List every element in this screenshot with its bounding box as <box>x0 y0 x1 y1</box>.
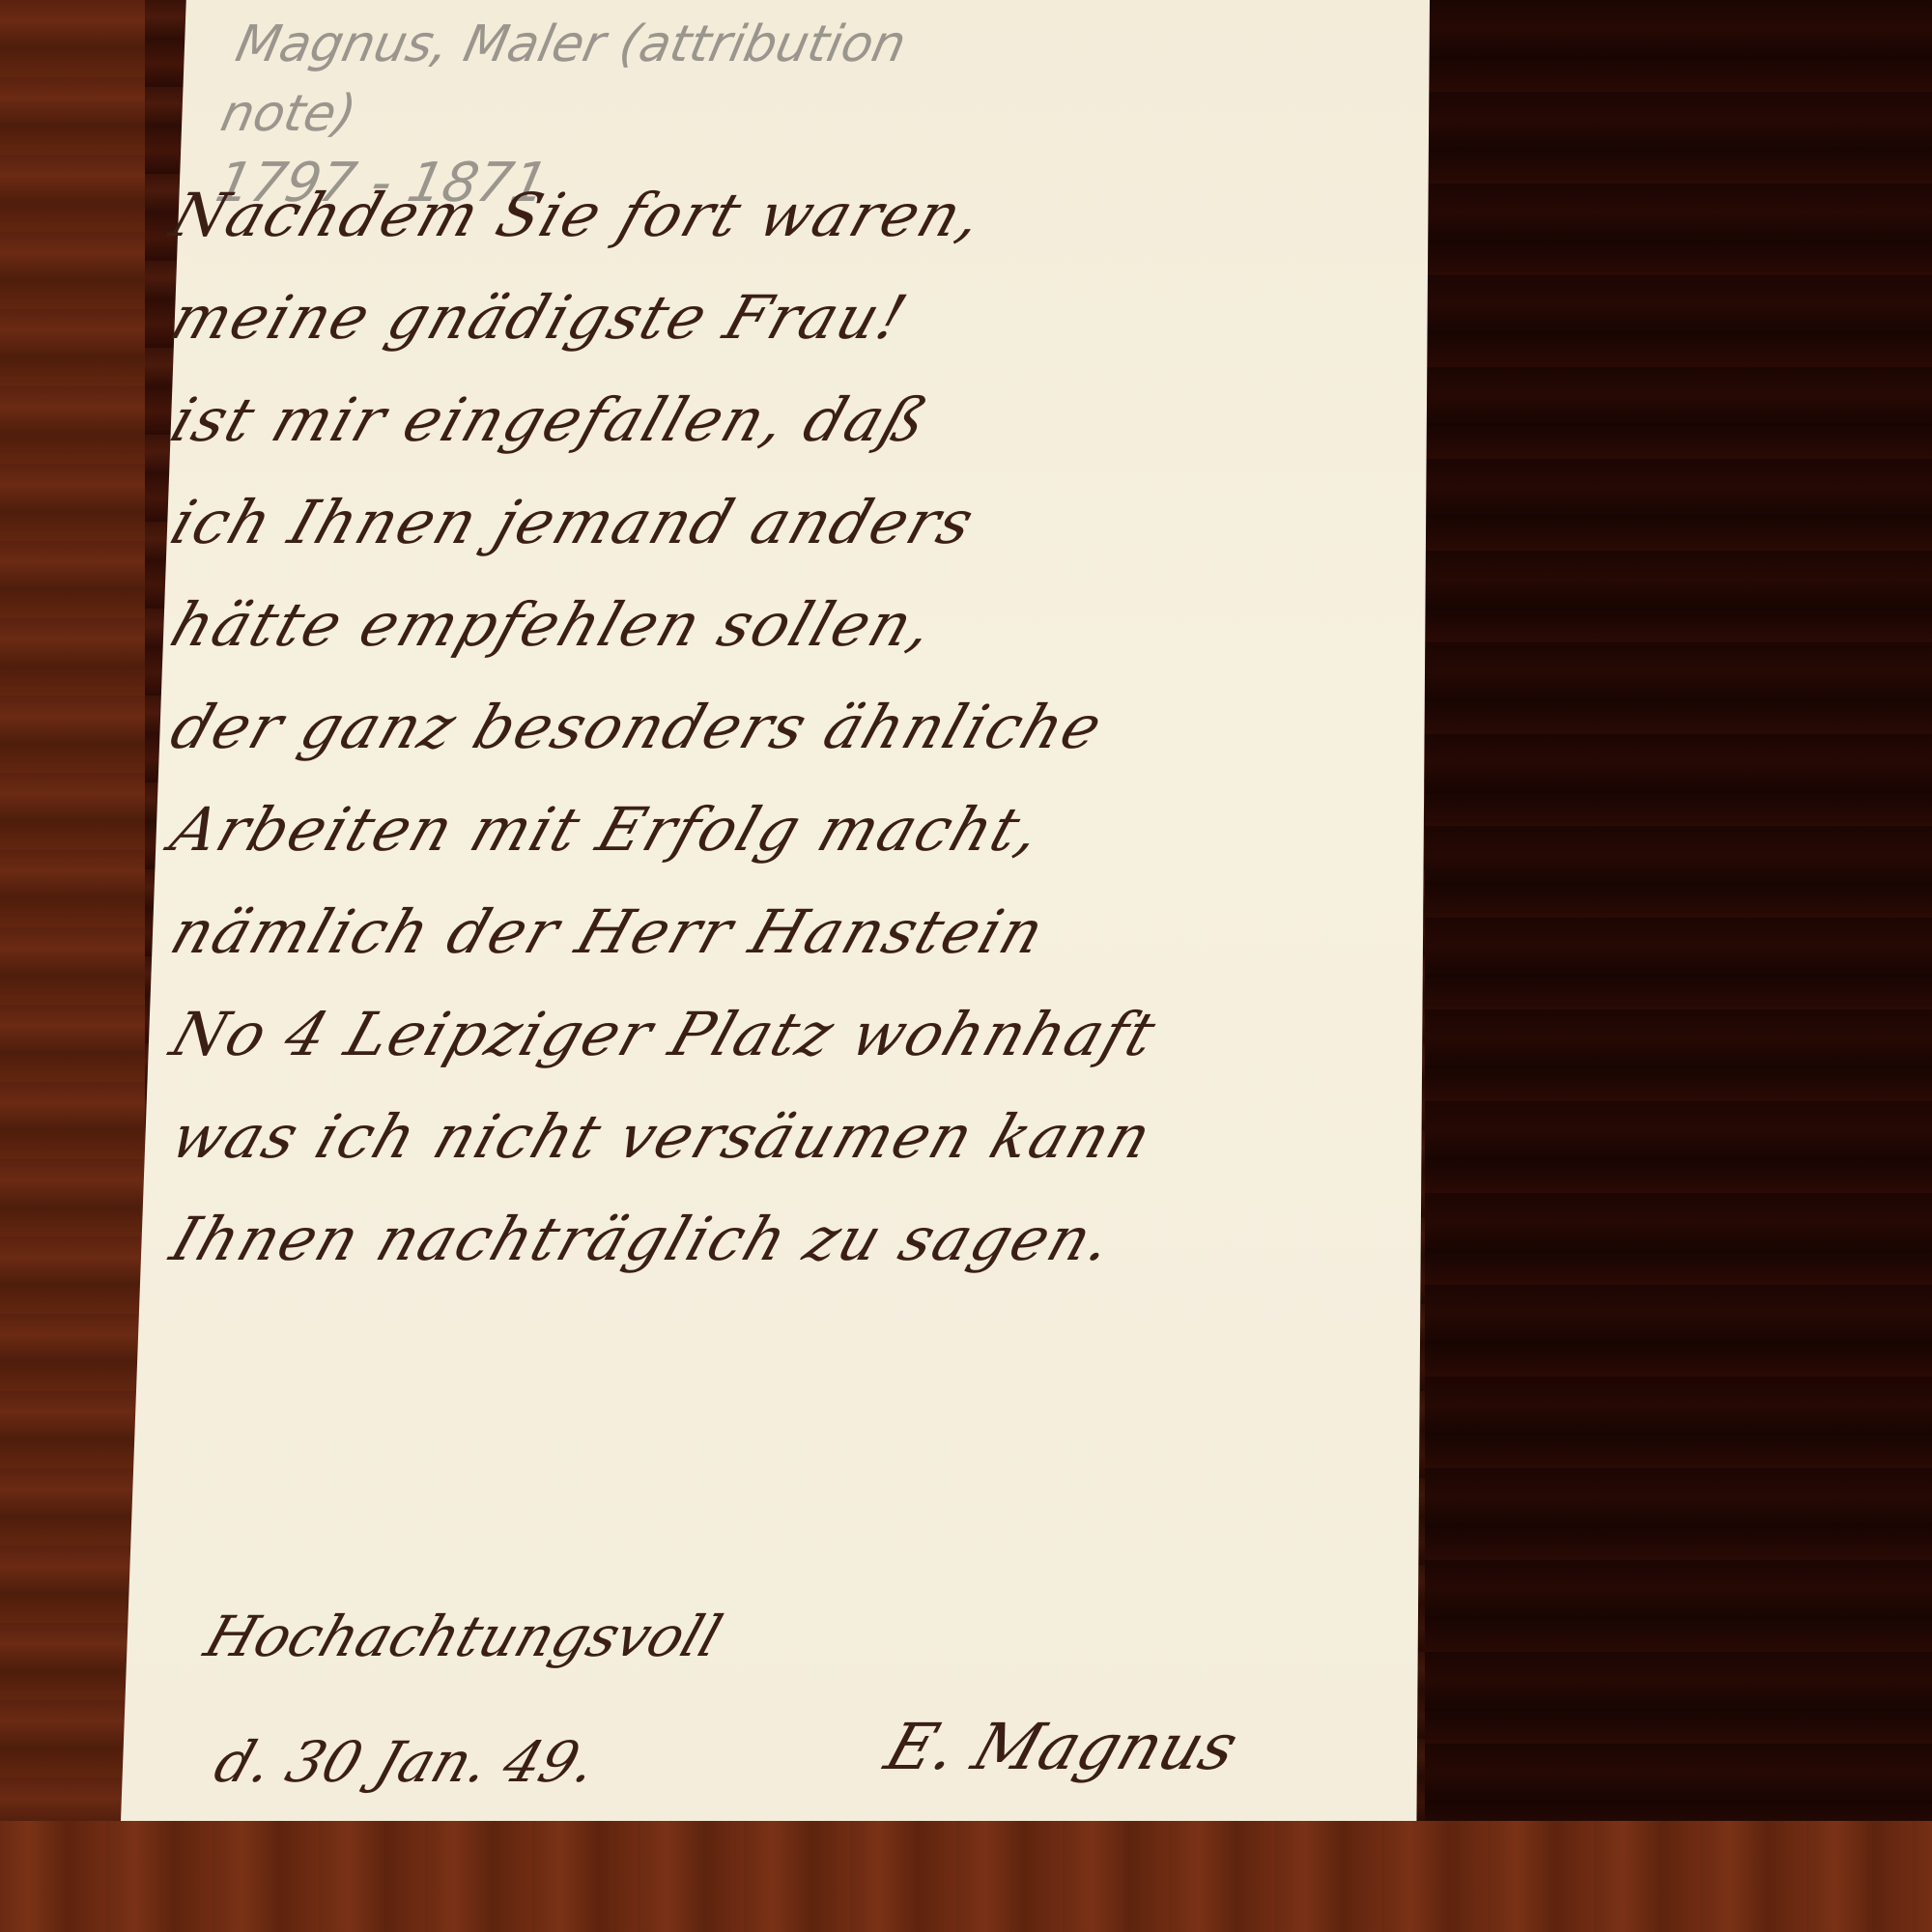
pencil-annotation-name: Magnus, Maler (attribution note) <box>216 15 911 143</box>
letter-line: ich Ihnen jemand anders <box>157 471 1417 574</box>
letter-line: Nachdem Sie fort waren, <box>157 164 1417 267</box>
wooden-table-right <box>1425 0 1932 1821</box>
letter-line: No 4 Leipziger Platz wohnhaft <box>157 983 1417 1086</box>
letter-closing: Hochachtungsvoll <box>197 1604 730 1669</box>
letter-line: was ich nicht versäumen kann <box>157 1086 1417 1188</box>
letter-signature: E. Magnus <box>876 1710 1246 1784</box>
letter-line: Ihnen nachträglich zu sagen. <box>157 1188 1417 1291</box>
letter-line: Arbeiten mit Erfolg macht, <box>157 779 1417 881</box>
wooden-table-left <box>0 0 145 1932</box>
letter-line: der ganz besonders ähnliche <box>157 676 1417 779</box>
letter-line: nämlich der Herr Hanstein <box>157 881 1417 983</box>
letter-body: Nachdem Sie fort waren, meine gnädigste … <box>174 164 1401 1291</box>
letter-date: d. 30 Jan. 49. <box>207 1729 606 1795</box>
letter-line: hätte empfehlen sollen, <box>157 574 1417 676</box>
letter-line: ist mir eingefallen, daß <box>157 369 1417 471</box>
letter-line: meine gnädigste Frau! <box>157 267 1417 369</box>
wooden-table-bottom <box>0 1821 1932 1932</box>
